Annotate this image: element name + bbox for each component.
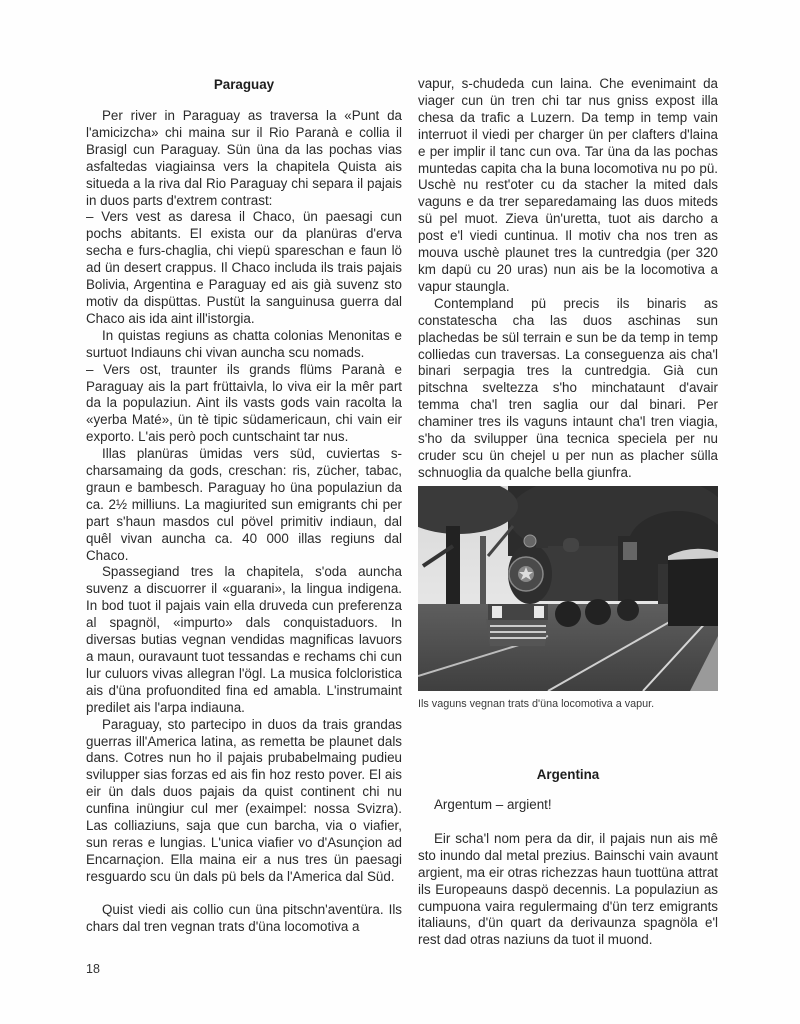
section-heading-paraguay: Paraguay — [86, 76, 402, 93]
left-column: Paraguay Per river in Paraguay as traver… — [86, 76, 402, 936]
paragraph: Paraguay, sto partecipo in duos da trais… — [86, 717, 402, 886]
paragraph: Per river in Paraguay as traversa la «Pu… — [86, 108, 402, 209]
section-heading-argentina: Argentina — [418, 766, 718, 783]
photo-caption: Ils vaguns vegnan trats d'üna locomotiva… — [418, 698, 728, 710]
paragraph: In quistas regiuns as chatta colonias Me… — [86, 328, 402, 362]
steam-locomotive-image — [418, 486, 718, 691]
paragraph: Contempland pü precis ils binaris as con… — [418, 296, 718, 482]
page-number: 18 — [86, 962, 100, 976]
paragraph: – Vers vest as daresa il Chaco, ün paesa… — [86, 209, 402, 327]
document-page: Paraguay Per river in Paraguay as traver… — [0, 0, 800, 1024]
argentina-section: Argentina Argentum – argient! Eir scha'l… — [418, 766, 718, 949]
motto: Argentum – argient! — [418, 797, 718, 814]
paragraph: Eir scha'l nom pera da dir, il pajais nu… — [418, 831, 718, 949]
paragraph: Spassegiand tres la chapitela, s'oda aun… — [86, 564, 402, 716]
spacer — [86, 886, 402, 902]
paragraph: Illas planüras ümidas vers süd, cuvierta… — [86, 446, 402, 564]
paragraph: – Vers ost, traunter ils grands flüms Pa… — [86, 362, 402, 447]
locomotive-photo — [418, 486, 718, 691]
right-column: vapur, s-chudeda cun laina. Che evenimai… — [418, 76, 718, 482]
paragraph-continued-start: Quist viedi ais collio cun üna pitschn'a… — [86, 902, 402, 936]
paragraph-continued-end: vapur, s-chudeda cun laina. Che evenimai… — [418, 76, 718, 296]
